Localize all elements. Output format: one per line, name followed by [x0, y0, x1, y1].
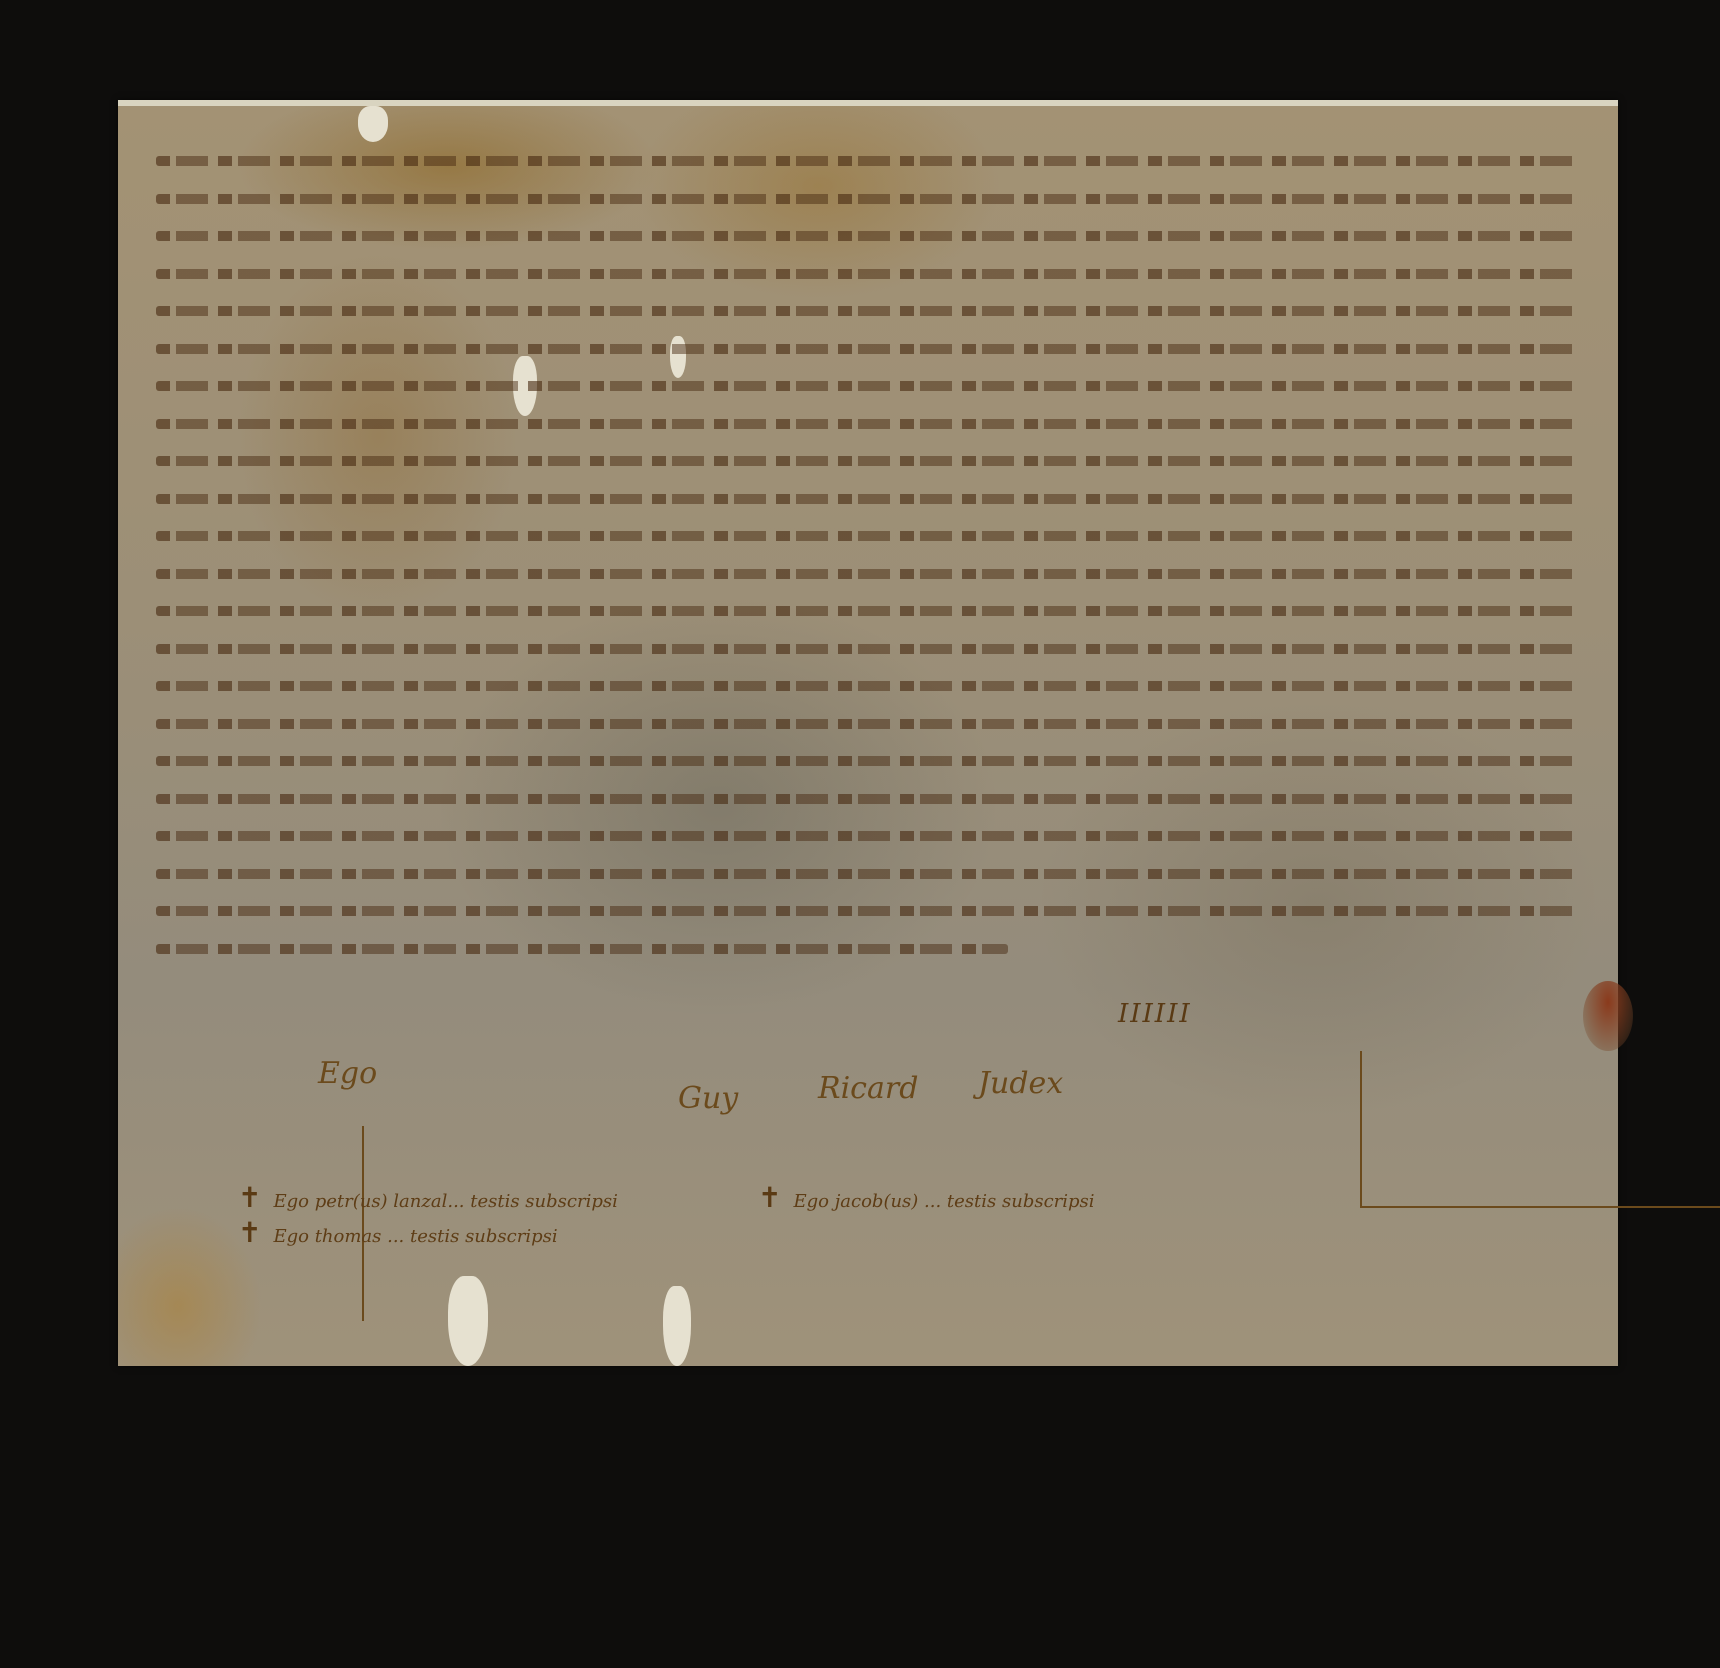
- subscription-line: ✝Ego thomas ... testis subscripsi: [238, 1216, 1138, 1249]
- text-line: [illegible]: [156, 405, 1576, 443]
- text-line: [illegible]: [156, 255, 1576, 293]
- text-line: [illegible]: [156, 292, 1576, 330]
- text-line: [illegible]: [156, 855, 1576, 893]
- damage-hole: [448, 1276, 488, 1366]
- signum-guy: Guy: [678, 1081, 738, 1116]
- text-line: [illegible] ... IIIIII: [156, 930, 1008, 968]
- text-line: [illegible]: [156, 705, 1576, 743]
- text-line: In nomine ... Dei eterni ... [illegible]: [156, 142, 1576, 180]
- text-line: [illegible]: [156, 780, 1576, 818]
- text-line: [illegible]: [156, 442, 1576, 480]
- cross-icon: ✝: [238, 1181, 261, 1214]
- parchment-charter: In nomine ... Dei eterni ... [illegible]…: [118, 100, 1618, 1366]
- signum-ricard: Ricard: [818, 1071, 918, 1106]
- text-line: [illegible]: [156, 630, 1576, 668]
- cross-icon: ✝: [758, 1181, 781, 1214]
- damage-hole: [358, 106, 388, 142]
- signum-judex: Judex: [978, 1066, 1063, 1101]
- text-line: [illegible]: [156, 742, 1576, 780]
- damage-hole: [663, 1286, 691, 1366]
- text-line: [illegible]: [156, 555, 1576, 593]
- text-line: [illegible]: [156, 667, 1576, 705]
- charter-body-text: In nomine ... Dei eterni ... [illegible]…: [156, 142, 1576, 967]
- text-line: [illegible]: [156, 367, 1576, 405]
- text-line: [illegible]: [156, 517, 1576, 555]
- text-line: [illegible]: [156, 592, 1576, 630]
- seal-stain: [1583, 981, 1633, 1051]
- cross-icon: ✝: [238, 1216, 261, 1249]
- subscription-line: ✝Ego jacob(us) ... testis subscripsi: [758, 1181, 1658, 1214]
- text-line: [illegible] ... Regis ... [illegible]: [156, 180, 1576, 218]
- text-line: [illegible]: [156, 330, 1576, 368]
- signum-ego: Ego: [318, 1056, 377, 1091]
- date-mark: IIIIII: [1118, 999, 1192, 1029]
- text-line: [illegible]: [156, 217, 1576, 255]
- text-line: [illegible]: [156, 817, 1576, 855]
- text-line: [illegible]: [156, 480, 1576, 518]
- text-line: [illegible]: [156, 892, 1576, 930]
